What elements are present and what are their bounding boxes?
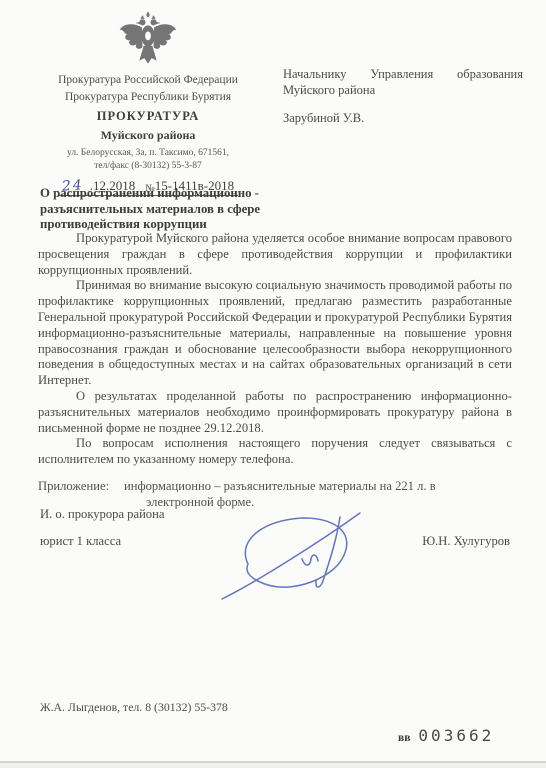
attachment-label: Приложение: xyxy=(38,479,124,511)
letterhead: Прокуратура Российской Федерации Прокура… xyxy=(28,10,268,196)
recipient-line1: Начальнику Управления образования xyxy=(283,66,523,82)
letterhead-phone: тел/факс (8-30132) 55-3-87 xyxy=(28,160,268,173)
letterhead-org-name: ПРОКУРАТУРА xyxy=(28,109,268,124)
signer-name: Ю.Н. Хулугуров xyxy=(422,534,510,549)
signer-position-line1: И. о. прокурора района xyxy=(40,507,164,522)
signer-position-line2: юрист 1 класса xyxy=(40,534,121,549)
attachment-text: информационно – разъяснительные материал… xyxy=(124,479,512,511)
letterhead-org-line2: Прокуратура Республики Бурятия xyxy=(28,89,268,106)
paragraph-1: Прокуратурой Муйского района уделяется о… xyxy=(38,231,512,278)
handwritten-signature-icon xyxy=(218,509,388,609)
stamp-number: 003662 xyxy=(418,726,494,745)
letterhead-org-line1: Прокуратура Российской Федерации xyxy=(28,72,268,89)
paragraph-2: Принимая во внимание высокую социальную … xyxy=(38,278,512,389)
letterhead-address: ул. Белорусская, 3а, п. Таксимо, 671561, xyxy=(28,147,268,160)
paragraph-4: По вопросам исполнения настоящего поруче… xyxy=(38,436,512,468)
letter-body: Прокуратурой Муйского района уделяется о… xyxy=(38,231,512,511)
subject-heading: О распространении информационно - разъяс… xyxy=(40,186,358,233)
recipient-line2: Муйского района xyxy=(283,82,523,98)
signature-block: И. о. прокурора района юрист 1 класса Ю.… xyxy=(38,507,512,617)
recipient-block: Начальнику Управления образования Муйско… xyxy=(283,66,523,126)
stamp-prefix: вв xyxy=(398,732,410,744)
letterhead-district: Муйского района xyxy=(28,128,268,143)
executor-contact: Ж.А. Лыгденов, тел. 8 (30132) 55-378 xyxy=(40,700,228,715)
recipient-name: Зарубиной У.В. xyxy=(283,110,523,126)
scan-edge-shade xyxy=(0,763,546,768)
attachment-block: Приложение: информационно – разъяснитель… xyxy=(38,479,512,511)
coat-of-arms-eagle-icon xyxy=(116,10,180,68)
registration-stamp: вв003662 xyxy=(398,726,494,746)
paragraph-3: О результатах проделанной работы по расп… xyxy=(38,389,512,436)
attachment-line1: информационно – разъяснительные материал… xyxy=(124,479,512,495)
scanned-letter-page: Прокуратура Российской Федерации Прокура… xyxy=(0,0,546,768)
